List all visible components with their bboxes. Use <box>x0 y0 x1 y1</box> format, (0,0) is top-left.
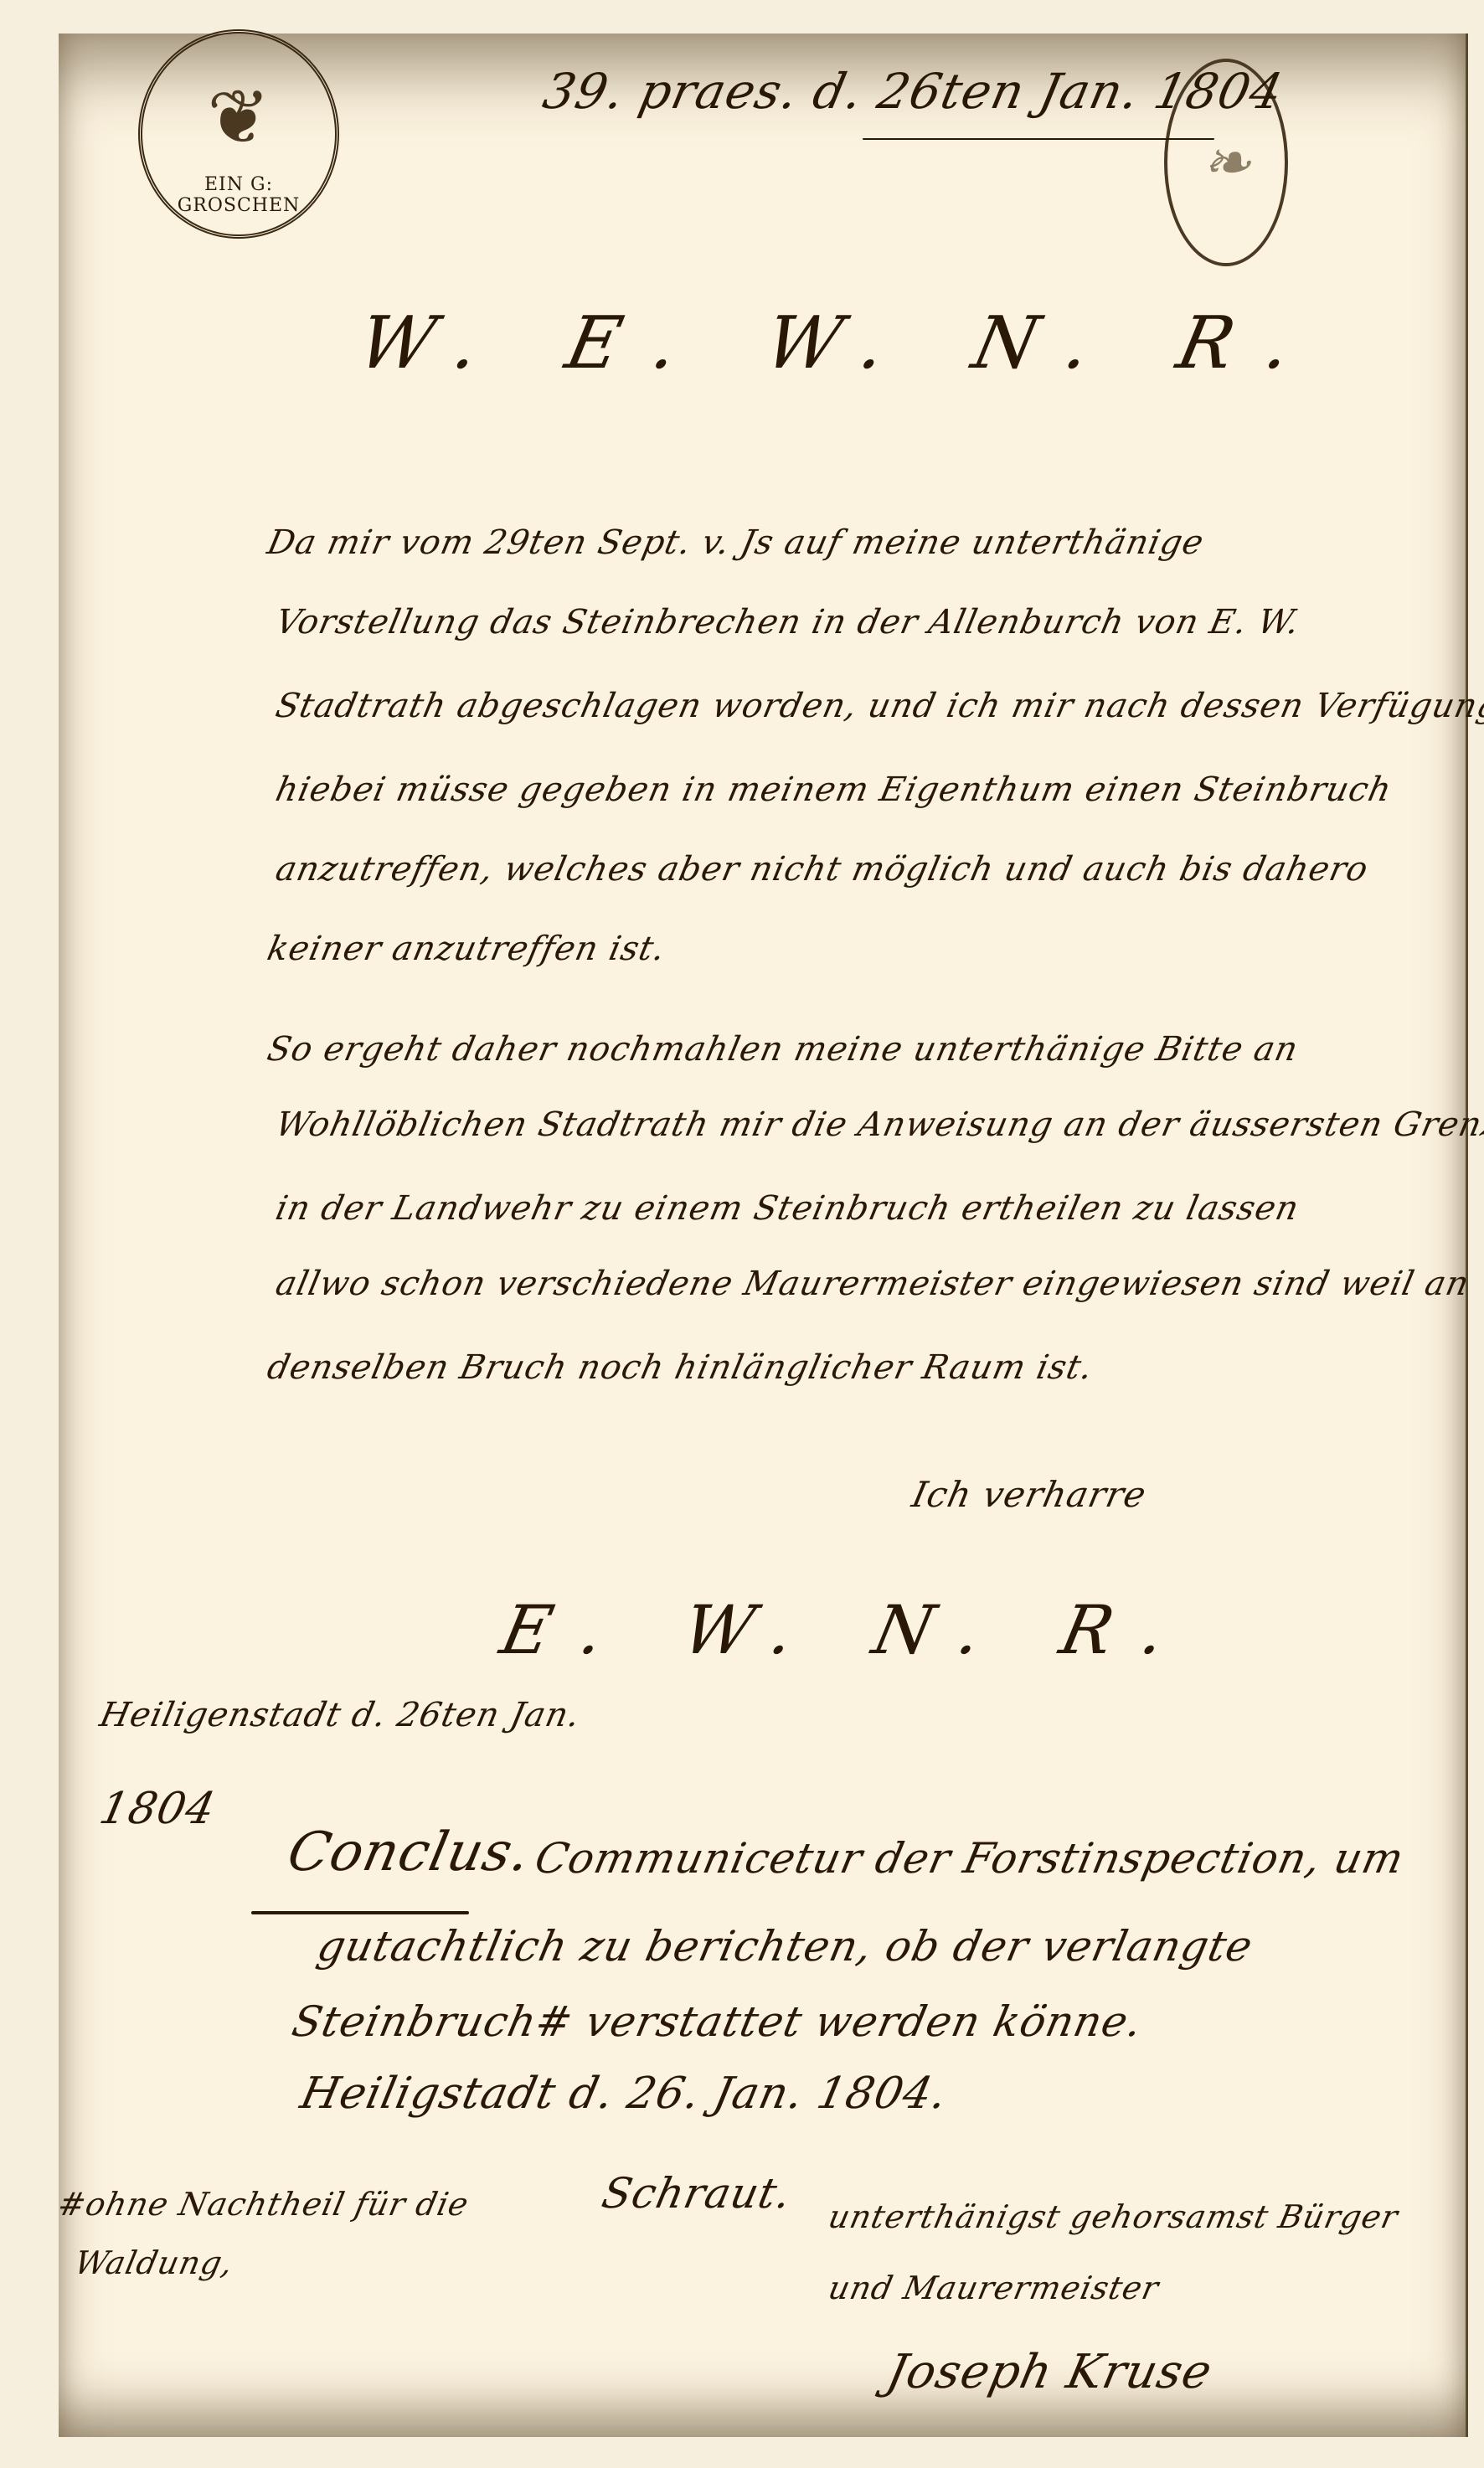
body-line: Da mir vom 29ten Sept. v. Js auf meine u… <box>264 523 1208 562</box>
closing-abbreviation: E. W. N. R. <box>494 1591 1203 1669</box>
revenue-stamp: ❦ EIN G: GROSCHEN <box>138 29 339 239</box>
salutation: W. E. W. N. R. <box>351 301 1332 385</box>
body-line: allwo schon verschiedene Maurermeister e… <box>272 1265 1473 1303</box>
signature-name: Joseph Kruse <box>882 2345 1217 2399</box>
place-date-year: 1804 <box>95 1784 220 1834</box>
body-line: keiner anzutreffen ist. <box>264 930 669 968</box>
conclusum-underline <box>251 1911 469 1914</box>
body-line: Vorstellung das Steinbrechen in der Alle… <box>272 603 1303 641</box>
signature-line: unterthänigst gehorsamst Bürger <box>825 2198 1401 2235</box>
conclusum-line: Communicetur der Forstinspection, um <box>531 1834 1409 1883</box>
margin-note-line: #ohne Nachtheil für die <box>54 2186 472 2223</box>
crowned-eagle-icon: ❦ <box>207 74 270 162</box>
body-line: in der Landwehr zu einem Steinbruch erth… <box>272 1189 1302 1228</box>
conclusum-line: Steinbruch# verstattet werden könne. <box>288 1997 1147 2046</box>
conclusum-signature: Schraut. <box>598 2169 796 2218</box>
conclusum-place-date: Heiligstadt d. 26. Jan. 1804. <box>296 2069 952 2119</box>
body-line: denselben Bruch noch hinlänglicher Raum … <box>264 1348 1096 1387</box>
body-line: hiebei müsse gegeben in meinem Eigenthum… <box>272 770 1395 809</box>
body-line: Stadtrath abgeschlagen worden, und ich m… <box>272 687 1484 725</box>
margin-note-line: Waldung, <box>71 2244 237 2281</box>
place-date: Heiligenstadt d. 26ten Jan. <box>96 1696 584 1734</box>
stamp-legend: EIN G: GROSCHEN <box>142 174 335 216</box>
body-line: anzutreffen, welches aber nicht möglich … <box>272 850 1372 889</box>
registry-note: 39. praes. d. 26ten Jan. 1804 <box>538 63 1288 120</box>
body-line: So ergeht daher nochmahlen meine unterth… <box>264 1030 1301 1069</box>
signature-line: und Maurermeister <box>825 2270 1162 2306</box>
registry-underline <box>863 138 1214 140</box>
body-line: Wohllöblichen Stadtrath mir die Anweisun… <box>272 1105 1484 1144</box>
conclusum-line: gutachtlich zu berichten, ob der verlang… <box>313 1922 1257 1971</box>
closing-phrase: Ich verharre <box>909 1474 1151 1515</box>
conclusum-label: Conclus. <box>282 1821 536 1883</box>
